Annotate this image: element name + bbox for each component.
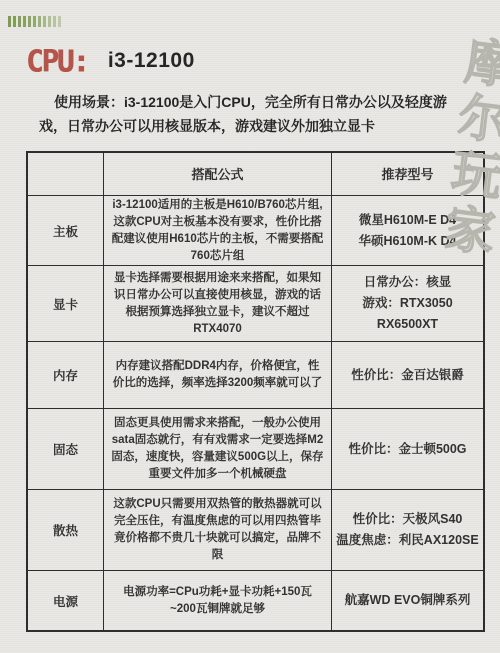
table-row-psu: 电源 电源功率=CPu功耗+显卡功耗+150瓦~200瓦铜牌就足够 航嘉WD E… [28, 570, 483, 630]
table-row-ssd: 固态 固态更具使用需求来搭配，一般办公使用sata固态就行，有有戏需求一定要选择… [28, 408, 483, 489]
row-label: 显卡 [28, 266, 103, 341]
row-label: 电源 [28, 571, 103, 630]
table-row-ram: 内存 内存建议搭配DDR4内存，价格便宜，性价比的选择，频率选择3200频率就可… [28, 341, 483, 408]
row-recommend: 性价比：金百达银爵 [331, 342, 483, 408]
row-formula: 电源功率=CPu功耗+显卡功耗+150瓦~200瓦铜牌就足够 [103, 571, 331, 630]
barcode-decoration [8, 16, 61, 27]
table-row-gpu: 显卡 显卡选择需要根据用途来来搭配，如果知识日常办公可以直接使用核显，游戏的话根… [28, 265, 483, 341]
infographic-page: 摩尔玩家 CPU: i3-12100 使用场景：i3-12100是入门CPU，完… [0, 0, 500, 653]
header-cell-formula: 搭配公式 [103, 153, 331, 195]
table-row-cooler: 散热 这款CPU只需要用双热管的散热器就可以完全压住，有温度焦虑的可以用四热管毕… [28, 489, 483, 570]
page-title: CPU: i3-12100 [26, 44, 195, 78]
row-recommend: 航嘉WD EVO铜牌系列 [331, 571, 483, 630]
row-label: 固态 [28, 409, 103, 489]
row-formula: 显卡选择需要根据用途来来搭配，如果知识日常办公可以直接使用核显，游戏的话根据预算… [103, 266, 331, 341]
cpu-model: i3-12100 [108, 49, 195, 73]
header-cell-recommend: 推荐型号 [331, 153, 483, 195]
row-formula: 固态更具使用需求来搭配，一般办公使用sata固态就行，有有戏需求一定要选择M2固… [103, 409, 331, 489]
row-recommend: 性价比：天极风S40 温度焦虑：利民AX120SE [331, 490, 483, 570]
row-label: 散热 [28, 490, 103, 570]
row-label: 主板 [28, 196, 103, 265]
table-header-row: 搭配公式 推荐型号 [28, 153, 483, 195]
row-label: 内存 [28, 342, 103, 408]
table-row-motherboard: 主板 i3-12100适用的主板是H610/B760芯片组,这款CPU对主板基本… [28, 195, 483, 265]
row-formula: i3-12100适用的主板是H610/B760芯片组,这款CPU对主板基本没有要… [103, 196, 331, 265]
row-formula: 这款CPU只需要用双热管的散热器就可以完全压住，有温度焦虑的可以用四热管毕竟价格… [103, 490, 331, 570]
row-formula: 内存建议搭配DDR4内存，价格便宜，性价比的选择，频率选择3200频率就可以了 [103, 342, 331, 408]
cpu-label: CPU: [26, 43, 88, 79]
header-cell-empty [28, 153, 103, 195]
row-recommend: 日常办公：核显 游戏：RTX3050 RX6500XT [331, 266, 483, 341]
row-recommend: 微星H610M-E D4 华硕H610M-K D4 [331, 196, 483, 265]
usage-scenario-text: 使用场景：i3-12100是入门CPU，完全所有日常办公以及轻度游戏，日常办公可… [39, 90, 467, 138]
spec-table: 搭配公式 推荐型号 主板 i3-12100适用的主板是H610/B760芯片组,… [26, 151, 485, 632]
row-recommend: 性价比：金士顿500G [331, 409, 483, 489]
